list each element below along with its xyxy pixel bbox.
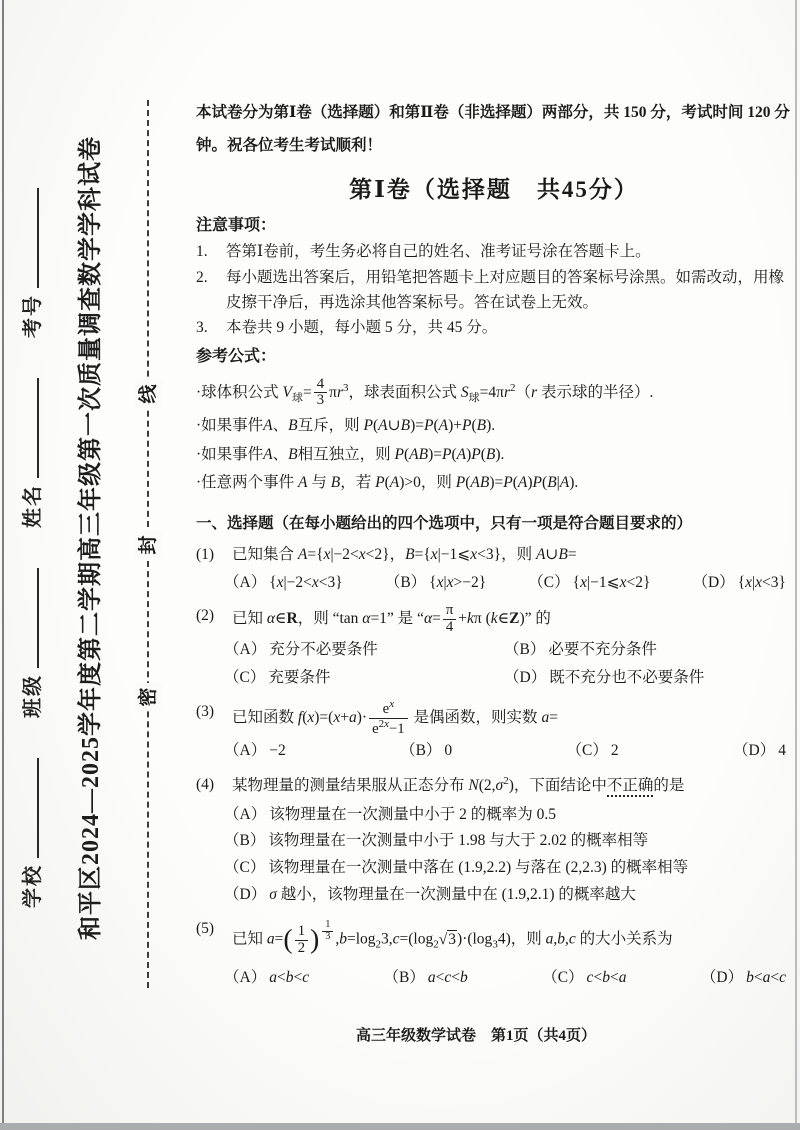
field-blank-class	[25, 568, 39, 668]
option-a: （A）充分不必要条件	[224, 638, 504, 663]
question-number: (5)	[196, 916, 232, 963]
option-a: （A）−2	[224, 739, 286, 764]
student-info-fields: 学校 班级 姓名 考号	[16, 148, 45, 908]
seal-char-feng: 封	[135, 531, 163, 559]
field-label-school: 学校	[16, 864, 45, 908]
question-4: (4) 某物理量的测量结果服从正态分布 N(2,σ2)，下面结论中不正确的是 （…	[196, 772, 792, 908]
note-item: 3. 本卷共 9 小题，每小题 5 分，共 45 分。	[196, 316, 792, 341]
field-label-class: 班级	[16, 674, 45, 718]
formula-sphere: ·球体积公式 V球=43πr3，球表面积公式 S球=4πr2（r 表示球的半径）…	[196, 377, 792, 410]
note-number: 3.	[196, 316, 226, 341]
option-c: （C）{x|−1⩽x<2}	[528, 571, 650, 596]
field-blank-examno	[25, 188, 39, 288]
scan-edge-right	[795, 0, 797, 1130]
option-d: （D）既不充分也不必要条件	[504, 666, 792, 691]
question-3: (3) 已知函数 f(x)=(x+a)·exe2x−1 是偶函数，则实数 a= …	[196, 699, 792, 764]
page-footer: 高三年级数学试卷 第1页（共4页）	[196, 1024, 756, 1045]
option-b: （B）必要不充分条件	[504, 638, 792, 663]
question-stem-text: 某物理量的测量结果服从正态分布 N(2,σ2)，下面结论中不正确的是	[232, 772, 684, 800]
options-grid: （A）充分不必要条件 （B）必要不充分条件 （C）充要条件 （D）既不充分也不必…	[196, 638, 792, 691]
question-stem-text: 已知集合 A={x|−2<x<2}，B={x|−1⩽x<3}，则 A∪B=	[232, 542, 577, 568]
question-stem-text: 已知函数 f(x)=(x+a)·exe2x−1 是偶函数，则实数 a=	[232, 699, 558, 738]
question-stem-text: 已知 a=(12)13,b=log23,c=(log2√3)·(log34)，则…	[232, 916, 673, 963]
question-5: (5) 已知 a=(12)13,b=log23,c=(log2√3)·(log3…	[196, 916, 792, 990]
options-row: （A）{x|−2<x<3} （B）{x|x>−2} （C）{x|−1⩽x<2} …	[196, 569, 792, 596]
notes-title: 注意事项：	[196, 213, 792, 239]
question-number: (3)	[196, 699, 232, 738]
option-d: （D）σ 越小，该物理量在一次测量中在 (1.9,2.1) 的概率越大	[224, 882, 792, 909]
field-label-name: 姓名	[16, 484, 45, 528]
question-stem: (2) 已知 α∈R，则 “tan α=1” 是 “α=π4+kπ (k∈Z)”…	[196, 603, 792, 636]
question-1: (1) 已知集合 A={x|−2<x<2}，B={x|−1⩽x<3}，则 A∪B…	[196, 542, 792, 595]
note-item: 1. 答第Ⅰ卷前，考生务必将自己的姓名、准考证号涂在答题卡上。	[196, 240, 792, 265]
question-stem: (3) 已知函数 f(x)=(x+a)·exe2x−1 是偶函数，则实数 a=	[196, 699, 792, 738]
question-stem: (4) 某物理量的测量结果服从正态分布 N(2,σ2)，下面结论中不正确的是	[196, 772, 792, 800]
option-b: （B）{x|x>−2}	[385, 571, 486, 596]
option-b: （B）该物理量在一次测量中小于 1.98 与大于 2.02 的概率相等	[224, 828, 792, 855]
scan-edge-bottom	[0, 1123, 800, 1130]
option-d: （D）b<a<c	[701, 966, 786, 991]
formula-conditional: ·任意两个事件 A 与 B，若 P(A)>0，则 P(AB)=P(A)P(B|A…	[196, 472, 792, 494]
note-number: 2.	[196, 266, 226, 316]
main-content: 本试卷分为第Ⅰ卷（选择题）和第Ⅱ卷（非选择题）两部分，共 150 分，考试时间 …	[196, 96, 792, 999]
note-text: 本卷共 9 小题，每小题 5 分，共 45 分。	[226, 316, 497, 341]
formulas-title: 参考公式：	[196, 344, 792, 370]
field-label-examno: 考号	[16, 294, 45, 338]
note-item: 2. 每小题选出答案后，用铅笔把答题卡上对应题目的答案标号涂黑。如需改动，用橡皮…	[196, 266, 792, 316]
option-c: （C）c<b<a	[542, 966, 626, 991]
field-blank-name	[25, 378, 39, 478]
field-blank-school	[25, 758, 39, 858]
option-b: （B）0	[400, 739, 452, 764]
scan-edge-left	[2, 0, 4, 1130]
options-row: （A）a<b<c （B）a<c<b （C）c<b<a （D）b<a<c	[196, 964, 792, 991]
option-c: （C）2	[567, 739, 619, 764]
question-number: (2)	[196, 603, 232, 636]
option-c: （C）该物理量在一次测量中落在 (1.9,2.2) 与落在 (2,2.3) 的概…	[224, 855, 792, 882]
question-number: (4)	[196, 772, 232, 800]
scanned-exam-page: { "sidebar": { "title": "和平区2024—2025学年度…	[0, 0, 800, 1130]
intro-paragraph: 本试卷分为第Ⅰ卷（选择题）和第Ⅱ卷（非选择题）两部分，共 150 分，考试时间 …	[196, 96, 792, 163]
option-a: （A）{x|−2<x<3}	[224, 571, 343, 596]
question-number: (1)	[196, 542, 232, 568]
section-i-title: 第Ⅰ卷（选择题 共45分）	[196, 171, 792, 209]
multiple-choice-heading: 一、选择题（在每小题给出的四个选项中，只有一项是符合题目要求的）	[196, 511, 792, 537]
options-row: （A）−2 （B）0 （C）2 （D）4	[196, 737, 792, 764]
note-number: 1.	[196, 240, 226, 265]
formula-mutually-exclusive: ·如果事件A、B互斥，则 P(A∪B)=P(A)+P(B).	[196, 415, 792, 437]
option-a: （A）该物理量在一次测量中小于 2 的概率为 0.5	[224, 802, 792, 829]
note-text: 每小题选出答案后，用铅笔把答题卡上对应题目的答案标号涂黑。如需改动，用橡皮擦干净…	[226, 266, 792, 316]
question-stem: (1) 已知集合 A={x|−2<x<2}，B={x|−1⩽x<3}，则 A∪B…	[196, 542, 792, 568]
formula-independent: ·如果事件A、B相互独立，则 P(AB)=P(A)P(B).	[196, 444, 792, 466]
options-list: （A）该物理量在一次测量中小于 2 的概率为 0.5 （B）该物理量在一次测量中…	[196, 802, 792, 909]
question-stem: (5) 已知 a=(12)13,b=log23,c=(log2√3)·(log3…	[196, 916, 792, 963]
seal-char-xian: 线	[135, 380, 163, 408]
note-text: 答第Ⅰ卷前，考生务必将自己的姓名、准考证号涂在答题卡上。	[226, 240, 651, 265]
option-d: （D）4	[733, 739, 786, 764]
option-c: （C）充要条件	[224, 666, 504, 691]
option-d: （D）{x|x<3}	[692, 571, 785, 596]
option-a: （A）a<b<c	[224, 966, 309, 991]
question-2: (2) 已知 α∈R，则 “tan α=1” 是 “α=π4+kπ (k∈Z)”…	[196, 603, 792, 690]
exam-title-vertical: 和平区2024—2025学年度第二学期高三年级第一次质量调查数学学科试卷	[70, 136, 105, 940]
option-b: （B）a<c<b	[384, 966, 468, 991]
seal-char-mi: 密	[135, 683, 163, 711]
question-stem-text: 已知 α∈R，则 “tan α=1” 是 “α=π4+kπ (k∈Z)” 的	[232, 603, 551, 636]
